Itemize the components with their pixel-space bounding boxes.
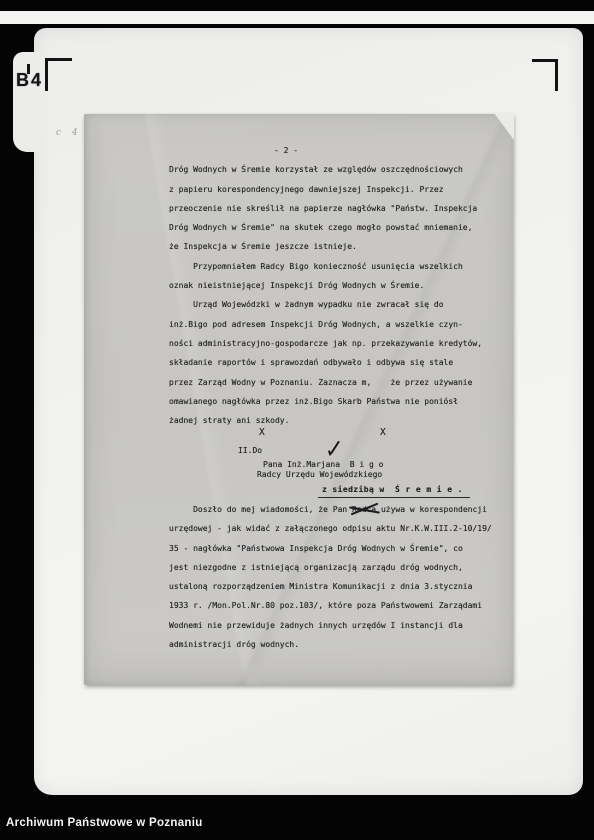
document-page: - 2 - Dróg Wodnych w Śremie korzystał ze… <box>84 114 513 685</box>
document-line: inż.Bigo pod adresem Inspekcji Dróg Wodn… <box>169 315 509 334</box>
document-line: Przypomniałem Radcy Bigo konieczność usu… <box>169 257 509 276</box>
crop-mark-right-icon <box>532 59 558 91</box>
page-number: - 2 - <box>274 141 509 160</box>
document-line: omawianego nagłówka przez inż.Bigo Skarb… <box>169 392 509 411</box>
pencil-mark: c 4 <box>56 128 82 138</box>
x-separator-right: X <box>380 427 386 438</box>
handwritten-check-mark <box>330 441 340 455</box>
recipient-title: Radcy Urzędu Wojewódzkiego <box>257 470 382 480</box>
x-separator-left: X <box>259 427 265 438</box>
document-line: że Inspekcja w Śremie jeszcze istnieje. <box>169 237 509 256</box>
document-line: składanie raportów i sprawozdań odbywało… <box>169 353 509 372</box>
document-line: Urząd Wojewódzki w żadnym wypadku nie zw… <box>169 295 509 314</box>
document-line: Dróg Wodnych w Śremie korzystał ze wzglę… <box>169 160 509 179</box>
document-line: 1933 r. /Mon.Pol.Nr.80 poz.103/, które p… <box>169 596 513 615</box>
document-line: ustaloną rozporządzeniem Ministra Komuni… <box>169 577 513 596</box>
frame-corner-label: B4 <box>16 70 43 91</box>
document-line: 35 - nagłówka "Państwowa Inspekcja Dróg … <box>169 539 513 558</box>
tick-mark <box>27 64 30 74</box>
document-line: żadnej straty ani szkody. <box>169 411 509 430</box>
archive-caption: Archiwum Państwowe w Poznaniu <box>6 817 203 829</box>
document-line: przeoczenie nie skreślił na papierze nag… <box>169 199 509 218</box>
document-line: Dróg Wodnych w Śremie" na skutek czego m… <box>169 218 509 237</box>
struck-word: Radca <box>352 505 376 514</box>
document-line: jest niezgodne z istniejącą organizacją … <box>169 558 513 577</box>
document-body-bottom: Doszło do mej wiadomości, że Pan Radca u… <box>169 500 513 654</box>
document-line: Wodnemi nie przewiduje żadnych innych ur… <box>169 616 513 635</box>
body-text: Doszło do mej wiadomości, że Pan <box>169 505 352 514</box>
body-text: używa w korespondencji <box>376 505 487 514</box>
archive-frame: B4 c 4 - 2 - Dróg Wodnych w Śremie korzy… <box>0 0 594 840</box>
recipient-label: II.Do <box>238 446 262 456</box>
document-body-top: - 2 - Dróg Wodnych w Śremie korzystał ze… <box>169 141 509 430</box>
document-line: oznak nieistniejącej Inspekcji Dróg Wodn… <box>169 276 509 295</box>
document-line: przez Zarząd Wodny w Poznaniu. Zaznacza … <box>169 373 509 392</box>
crop-mark-left-icon <box>45 58 72 91</box>
recipient-name: Pana Inż.Marjana B i g o <box>263 460 383 470</box>
film-frame-band <box>0 11 594 24</box>
document-line: urzędowej - jak widać z załączonego odpi… <box>169 519 513 538</box>
document-line: z papieru korespondencyjnego dawniejszej… <box>169 180 509 199</box>
paper-fold <box>494 113 514 140</box>
recipient-seat: z siedzibą w Ś r e m i e . <box>318 485 470 498</box>
document-line: Doszło do mej wiadomości, że Pan Radca u… <box>169 500 513 519</box>
document-line: administracji dróg wodnych. <box>169 635 513 654</box>
document-line: ności administracyjno-gospodarcze jak np… <box>169 334 509 353</box>
